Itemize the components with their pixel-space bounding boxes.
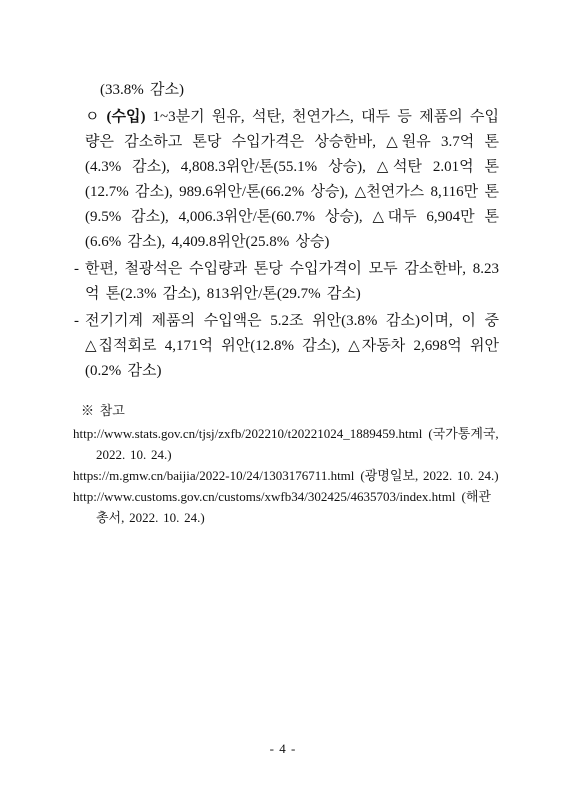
page-number: - 4 - (0, 741, 566, 757)
references-title: ※ 참고 (81, 400, 499, 421)
sub-bullet-iron-ore: -한편, 철광석은 수입량과 톤당 수입가격이 모두 감소한바, 8.23억 톤… (74, 257, 499, 307)
sub-bullet-text: 한편, 철광석은 수입량과 톤당 수입가격이 모두 감소한바, 8.23억 톤(… (85, 261, 499, 302)
reference-item: https://m.gmw.cn/baijia/2022-10/24/13031… (73, 465, 499, 486)
dash-bullet-marker: - (74, 261, 79, 277)
reference-item: http://www.customs.gov.cn/customs/xwfb34… (73, 486, 499, 528)
reference-url: http://www.customs.gov.cn/customs/xwfb34… (73, 489, 456, 504)
bullet-text: 1~3분기 원유, 석탄, 천연가스, 대두 등 제품의 수입량은 감소하고 톤… (85, 109, 499, 250)
reference-item: http://www.stats.gov.cn/tjsj/zxfb/202210… (73, 423, 499, 465)
sub-bullet-text: 전기기계 제품의 수입액은 5.2조 위안(3.8% 감소)이며, 이 중 △집… (85, 313, 499, 379)
circle-bullet-marker: ㅇ (85, 109, 100, 125)
carryover-line: (33.8% 감소) (100, 78, 499, 103)
bullet-bold-label: (수입) (107, 109, 146, 125)
main-bullet-imports: ㅇ(수입)1~3분기 원유, 석탄, 천연가스, 대두 등 제품의 수입량은 감… (85, 105, 499, 255)
references-section: ※ 참고 http://www.stats.gov.cn/tjsj/zxfb/2… (73, 400, 499, 528)
dash-bullet-marker: - (74, 313, 79, 329)
sub-bullet-electrical-machinery: -전기기계 제품의 수입액은 5.2조 위안(3.8% 감소)이며, 이 중 △… (74, 309, 499, 384)
document-page: (33.8% 감소) ㅇ(수입)1~3분기 원유, 석탄, 천연가스, 대두 등… (0, 0, 566, 800)
reference-url: http://www.stats.gov.cn/tjsj/zxfb/202210… (73, 426, 422, 441)
document-body: (33.8% 감소) ㅇ(수입)1~3분기 원유, 석탄, 천연가스, 대두 등… (74, 78, 499, 528)
reference-url: https://m.gmw.cn/baijia/2022-10/24/13031… (73, 468, 354, 483)
reference-source: (광명일보, 2022. 10. 24.) (360, 468, 498, 483)
